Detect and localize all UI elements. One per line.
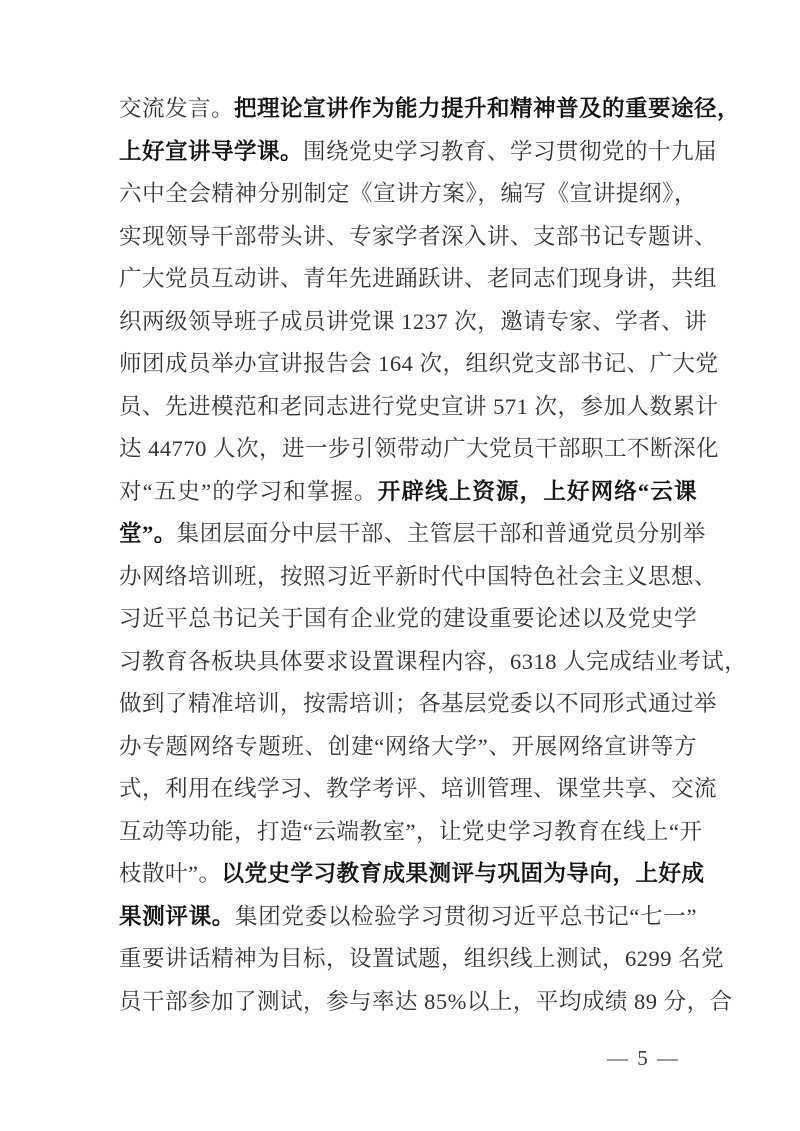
body-text-block: 交流发言。把理论宣讲作为能力提升和精神普及的重要途径，上好宣讲导学课。围绕党史学… [119, 88, 697, 1023]
text-line: 重要讲话精神为目标，设置试题，组织线上测试，6299 名党 [119, 938, 697, 981]
document-page: 交流发言。把理论宣讲作为能力提升和精神普及的重要途径，上好宣讲导学课。围绕党史学… [0, 0, 800, 1131]
text-line: 堂”。集团层面分中层干部、主管层干部和普通党员分别举 [119, 513, 697, 556]
text-segment: 织两级领导班子成员讲党课 1237 次，邀请专家、学者、讲 [119, 309, 707, 334]
text-segment: 实现领导干部带头讲、专家学者深入讲、支部书记专题讲、 [119, 224, 717, 249]
text-line: 办专题网络专题班、创建“网络大学”、开展网络宣讲等方 [119, 726, 697, 769]
text-segment: 对“五史”的学习和掌握。 [119, 479, 378, 504]
text-segment: 式，利用在线学习、教学考评、培训管理、课堂共享、交流 [119, 776, 717, 801]
text-line: 果测评课。集团党委以检验学习贯彻习近平总书记“七一” [119, 896, 697, 939]
bold-text-segment: 堂”。 [119, 521, 177, 546]
text-line: 做到了精准培训，按需培训；各基层党委以不同形式通过举 [119, 683, 697, 726]
text-segment: 员干部参加了测试，参与率达 85%以上，平均成绩 89 分，合 [119, 989, 733, 1014]
text-segment: 重要讲话精神为目标，设置试题，组织线上测试，6299 名党 [119, 946, 724, 971]
text-line: 实现领导干部带头讲、专家学者深入讲、支部书记专题讲、 [119, 216, 697, 259]
text-segment: 办网络培训班，按照习近平新时代中国特色社会主义思想、 [119, 564, 717, 589]
text-line: 交流发言。把理论宣讲作为能力提升和精神普及的重要途径， [119, 88, 697, 131]
text-line: 织两级领导班子成员讲党课 1237 次，邀请专家、学者、讲 [119, 301, 697, 344]
text-line: 枝散叶”。以党史学习教育成果测评与巩固为导向，上好成 [119, 853, 697, 896]
text-segment: 师团成员举办宣讲报告会 164 次，组织党支部书记、广大党 [119, 351, 719, 376]
bold-text-segment: 以党史学习教育成果测评与巩固为导向，上好成 [222, 861, 705, 886]
text-line: 习近平总书记关于国有企业党的建设重要论述以及党史学 [119, 598, 697, 641]
text-segment: 习近平总书记关于国有企业党的建设重要论述以及党史学 [119, 606, 697, 631]
text-line: 员、先进模范和老同志进行党史宣讲 571 次，参加人数累计 [119, 386, 697, 429]
text-line: 上好宣讲导学课。围绕党史学习教育、学习贯彻党的十九届 [119, 131, 697, 174]
text-segment: 围绕党史学习教育、学习贯彻党的十九届 [303, 139, 717, 164]
text-line: 式，利用在线学习、教学考评、培训管理、课堂共享、交流 [119, 768, 697, 811]
text-line: 互动等功能，打造“云端教室”，让党史学习教育在线上“开 [119, 811, 697, 854]
bold-text-segment: 果测评课。 [119, 904, 235, 929]
text-line: 六中全会精神分别制定《宣讲方案》，编写《宣讲提纲》， [119, 173, 697, 216]
text-segment: 做到了精准培训，按需培训；各基层党委以不同形式通过举 [119, 691, 717, 716]
bold-text-segment: 把理论宣讲作为能力提升和精神普及的重要途径， [234, 96, 740, 121]
text-segment: 六中全会精神分别制定《宣讲方案》，编写《宣讲提纲》， [119, 181, 697, 206]
bold-text-segment: 开辟线上资源，上好网络“云课 [378, 479, 697, 504]
bold-text-segment: 上好宣讲导学课。 [119, 139, 303, 164]
text-segment: 达 44770 人次，进一步引领带动广大党员干部职工不断深化 [119, 436, 719, 461]
text-segment: 集团党委以检验学习贯彻习近平总书记“七一” [235, 904, 697, 929]
text-line: 习教育各板块具体要求设置课程内容，6318 人完成结业考试， [119, 641, 697, 684]
text-segment: 广大党员互动讲、青年先进踊跃讲、老同志们现身讲，共组 [119, 266, 717, 291]
text-segment: 员、先进模范和老同志进行党史宣讲 571 次，参加人数累计 [119, 394, 719, 419]
text-segment: 习教育各板块具体要求设置课程内容，6318 人完成结业考试， [119, 649, 747, 674]
text-line: 对“五史”的学习和掌握。开辟线上资源，上好网络“云课 [119, 471, 697, 514]
text-line: 师团成员举办宣讲报告会 164 次，组织党支部书记、广大党 [119, 343, 697, 386]
text-segment: 集团层面分中层干部、主管层干部和普通党员分别举 [177, 521, 706, 546]
text-line: 办网络培训班，按照习近平新时代中国特色社会主义思想、 [119, 556, 697, 599]
page-number: — 5 — [607, 1046, 680, 1071]
text-segment: 办专题网络专题班、创建“网络大学”、开展网络宣讲等方 [119, 734, 697, 759]
text-line: 达 44770 人次，进一步引领带动广大党员干部职工不断深化 [119, 428, 697, 471]
text-line: 员干部参加了测试，参与率达 85%以上，平均成绩 89 分，合 [119, 981, 697, 1024]
text-line: 广大党员互动讲、青年先进踊跃讲、老同志们现身讲，共组 [119, 258, 697, 301]
text-segment: 交流发言。 [119, 96, 234, 121]
text-segment: 互动等功能，打造“云端教室”，让党史学习教育在线上“开 [119, 819, 702, 844]
text-segment: 枝散叶”。 [119, 861, 222, 886]
